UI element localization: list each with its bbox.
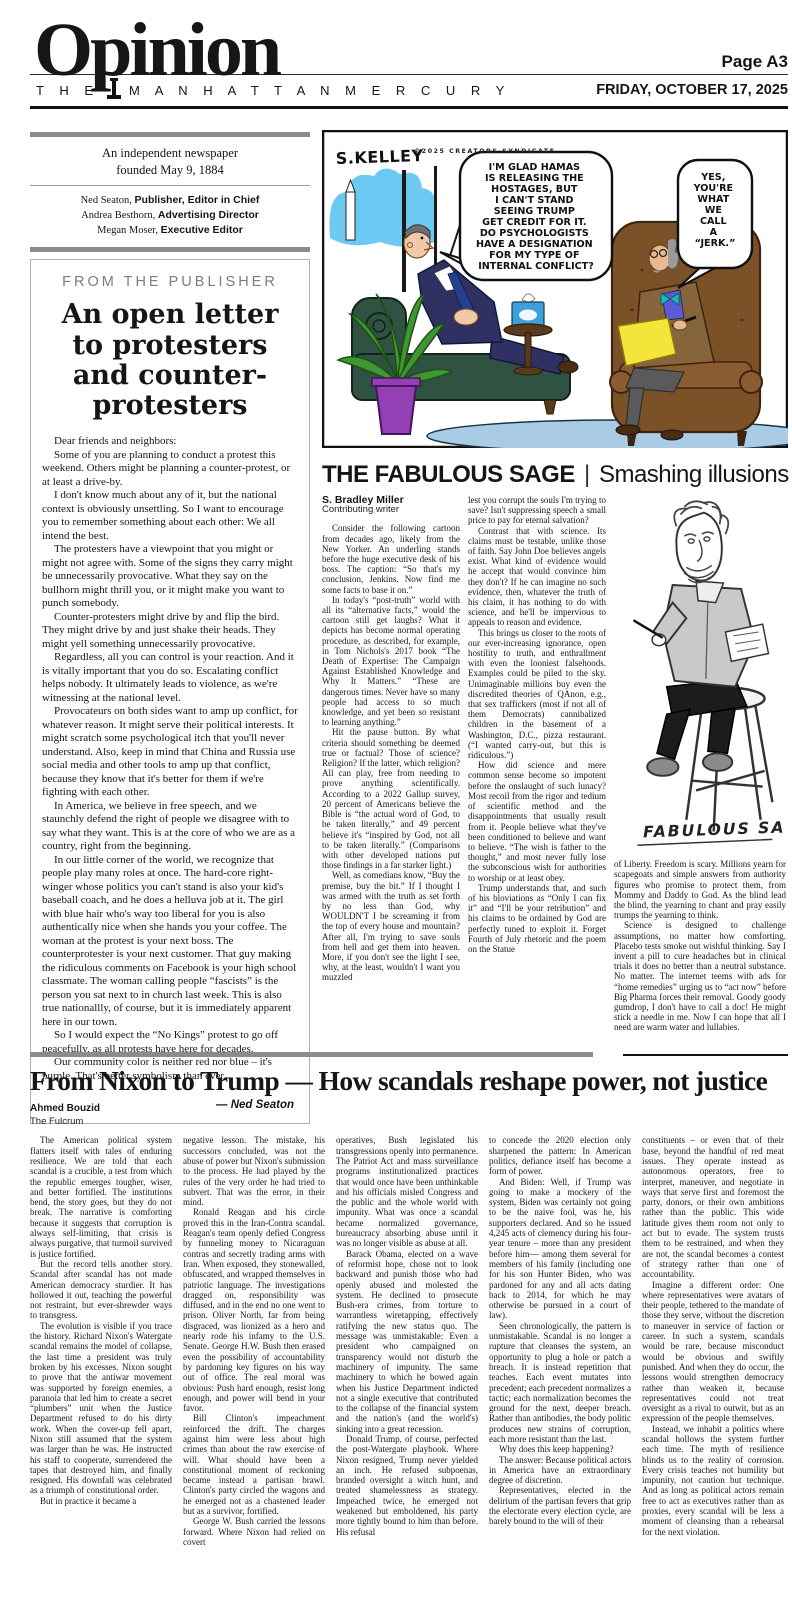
right-column: I'M GLAD HAMAS IS RELEASING THE HOSTAGES… [322,130,788,1047]
editorial-cartoon: I'M GLAD HAMAS IS RELEASING THE HOSTAGES… [322,130,788,448]
paragraph: Contrast that with science. Its claims m… [468,526,606,628]
paragraph: Why does this keep happening? [489,1444,631,1454]
paragraph: Donald Trump, of course, perfected the p… [336,1434,478,1537]
paragraph: How did science and mere common sense be… [468,760,606,882]
staff-line: Andrea Besthorn, Advertising Director [30,208,310,223]
paper-the: T H E [36,83,99,98]
paragraph: Instead, we inhabit a politics where sca… [642,1424,784,1537]
newspaper-name: T H E M A N H A T T A N M E R C U R Y [36,78,510,102]
left-column: An independent newspaper founded May 9, … [30,132,310,1124]
sage-byline: S. Bradley Miller Contributing writer [322,495,460,515]
sage-col-1: S. Bradley Miller Contributing writer Co… [322,495,460,1047]
paragraph: The protesters have a viewpoint that you… [42,543,298,611]
paragraph: In today's “post-truth” world with all i… [322,595,460,728]
article-headline: From Nixon to Trump — How scandals resha… [30,1065,788,1097]
paper-title: M A N H A T T A N M E R C U R Y [129,83,510,98]
article-col-3: operatives, Bush legislated his transgre… [336,1135,478,1587]
mercury-logo-icon [107,78,121,102]
section-title: Opinion [34,14,279,86]
paragraph: Hit the pause button. By what criteria s… [322,727,460,870]
paragraph: Barack Obama, elected on a wave of refor… [336,1249,478,1434]
staff-role: Executive Editor [161,224,243,236]
paragraph: of Liberty. Freedom is scary. Millions y… [614,859,786,920]
sage-col-2: lest you corrupt the souls I'm trying to… [468,495,606,1047]
article-byline-name: Ahmed Bouzid [30,1103,788,1116]
sage-byline-role: Contributing writer [322,505,460,515]
sage-columns: S. Bradley Miller Contributing writer Co… [322,495,788,1047]
paragraph: Imagine a different order: One where rep… [642,1280,784,1424]
section-divider [30,1052,788,1057]
sage-title: THE FABULOUS SAGE [322,461,575,488]
scandals-article: From Nixon to Trump — How scandals resha… [30,1052,788,1587]
masthead: Opinion Page A3 T H E M A N H A T T A N … [30,14,788,109]
paragraph: George W. Bush carried the lessons forwa… [183,1516,325,1547]
paragraph: But the record tells another story. Scan… [30,1259,172,1321]
article-byline: Ahmed Bouzid The Fulcrum [30,1103,788,1127]
paragraph: Representatives, elected in the delirium… [489,1485,631,1526]
paragraph: Trump understands that, and such of his … [468,883,606,954]
paragraph: Science is designed to challenge assumpt… [614,920,786,1032]
paragraph: Counter-protesters might drive by and fl… [42,611,298,652]
illustration-caption: FABULOUS SAGE [643,817,786,842]
article-col-5: constituents – or even that of their bas… [642,1135,784,1587]
letter-kicker: FROM THE PUBLISHER [42,270,298,300]
paragraph: In America, we believe in free speech, a… [42,800,298,854]
paragraph: This brings us closer to the roots of ou… [468,628,606,761]
staff-line: Ned Seaton, Publisher, Editor in Chief [30,193,310,208]
tagline-1: An independent newspaper [30,145,310,162]
staff-role: Publisher, Editor in Chief [135,194,260,206]
paragraph: Some of you are planning to conduct a pr… [42,449,298,490]
paragraph: lest you corrupt the souls I'm trying to… [468,495,606,526]
paragraph: Consider the following cartoon from deca… [322,523,460,594]
sage-col3-text: of Liberty. Freedom is scary. Millions y… [614,859,786,1032]
paragraph: negative lesson. The mistake, his succes… [183,1135,325,1207]
washington-monument [346,192,355,240]
paper-info-box: An independent newspaper founded May 9, … [30,132,310,252]
sage-divider: | [581,461,593,488]
paragraph: The evolution is visible if you trace th… [30,1321,172,1496]
paragraph: Seen chronologically, the pattern is unm… [489,1321,631,1445]
paragraph: to concede the 2020 election only sharpe… [489,1135,631,1176]
cartoonist-signature: S.KELLEY [335,146,423,168]
sage-caricature-illustration: FABULOUS SAGE [614,495,786,857]
paragraph: But in practice it became a [30,1496,172,1506]
paragraph: The American political system flatters i… [30,1135,172,1259]
paragraph: I don't know much about any of it, but t… [42,489,298,543]
article-columns: The American political system flatters i… [30,1135,788,1587]
article-byline-org: The Fulcrum [30,1116,788,1128]
paragraph: And Biden: Well, if Trump was going to m… [489,1177,631,1321]
gray-bar-bottom [30,247,310,252]
staff-name: Andrea Besthorn, [81,210,158,221]
sage-subtitle: Smashing illusions [599,461,789,488]
paragraph: The answer: Because political actors in … [489,1455,631,1486]
article-col-1: The American political system flatters i… [30,1135,172,1587]
publisher-letter: FROM THE PUBLISHER An open letter to pro… [30,259,310,1124]
paragraph: Regardless, all you can control is your … [42,651,298,705]
speech-bubble-left: I'M GLAD HAMAS IS RELEASING THE HOSTAGES… [440,152,612,280]
page-number: Page A3 [722,52,788,72]
staff-name: Megan Moser, [97,225,160,236]
paragraph: Bill Clinton's impeachment reinforced th… [183,1413,325,1516]
letter-headline: An open letter to protesters and counter… [42,300,298,435]
article-col-2: negative lesson. The mistake, his succes… [183,1135,325,1587]
tagline-2: founded May 9, 1884 [30,162,310,179]
sage-col-3: FABULOUS SAGE of Liberty. Freedom is sca… [614,495,786,1047]
svg-text:I'M GLAD HAMAS IS RELE: I'M GLAD HAMAS IS RELEASING THE HOSTAGES… [476,162,596,272]
issue-date: FRIDAY, OCTOBER 17, 2025 [596,82,788,98]
paragraph: operatives, Bush legislated his transgre… [336,1135,478,1248]
paragraph: Dear friends and neighbors: [42,435,298,449]
paragraph: Ronald Reagan and his circle proved this… [183,1207,325,1413]
sage-col2-text: lest you corrupt the souls I'm trying to… [468,495,606,954]
staff-name: Ned Seaton, [81,195,135,206]
paragraph: Provocateurs on both sides want to amp u… [42,705,298,800]
paragraph: constituents – or even that of their bas… [642,1135,784,1279]
paragraph: Well, as comedians know, “Buy the premis… [322,870,460,982]
staff-role: Advertising Director [158,209,259,221]
letter-body: Dear friends and neighbors:Some of you a… [42,435,298,1083]
masthead-rule-thick [30,106,788,109]
article-col-4: to concede the 2020 election only sharpe… [489,1135,631,1587]
sage-column-header: THE FABULOUS SAGE | Smashing illusions [322,461,788,489]
syndicate-credit: ©2025 CREATORS SYNDICATE [414,147,556,155]
staff-line: Megan Moser, Executive Editor [30,223,310,238]
paragraph: In our little corner of the world, we re… [42,854,298,1030]
sage-col1-text: Consider the following cartoon from deca… [322,523,460,982]
